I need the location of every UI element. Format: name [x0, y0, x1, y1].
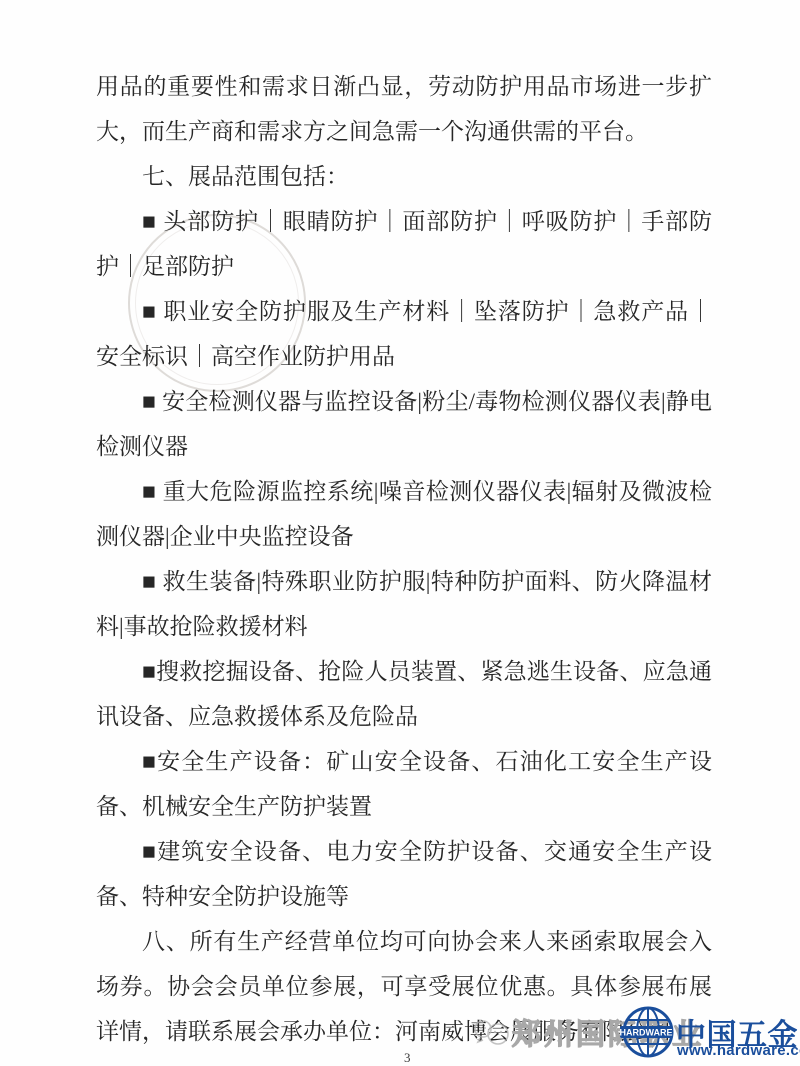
paragraph: ■ 头部防护｜眼睛防护｜面部防护｜呼吸防护｜手部防护｜足部防护	[96, 199, 712, 289]
paragraph: ■ 职业安全防护服及生产材料｜坠落防护｜急救产品｜安全标识｜高空作业防护用品	[96, 289, 712, 379]
globe-banner-label: HARDWARE	[620, 1028, 673, 1038]
globe-icon: HARDWARE	[620, 1004, 676, 1060]
paragraph: ■搜救挖掘设备、抢险人员装置、紧急逃生设备、应急通讯设备、应急救援体系及危险品	[96, 649, 712, 739]
document-text-block: 用品的重要性和需求日渐凸显，劳动防护用品市场进一步扩大，而生产商和需求方之间急需…	[96, 64, 712, 1054]
logo-site-url: www.hardware.com.cn	[677, 1042, 800, 1059]
page-number: 3	[404, 1050, 411, 1066]
paragraph: ■建筑安全设备、电力安全防护设备、交通安全生产设备、特种安全防护设施等	[96, 829, 712, 919]
paragraph: 用品的重要性和需求日渐凸显，劳动防护用品市场进一步扩大，而生产商和需求方之间急需…	[96, 64, 712, 154]
paragraph: 七、展品范围包括：	[96, 154, 712, 199]
paragraph: ■ 安全检测仪器与监控设备|粉尘/毒物检测仪器仪表|静电检测仪器	[96, 379, 712, 469]
hardware-site-logo: HARDWARE 中国五金网 www.hardware.com.cn	[620, 1002, 800, 1066]
paragraph: ■ 救生装备|特殊职业防护服|特种防护面料、防火降温材料|事故抢险救援材料	[96, 559, 712, 649]
wechat-doodle-icon	[472, 1016, 512, 1048]
paragraph: ■安全生产设备：矿山安全设备、石油化工安全生产设备、机械安全生产防护装置	[96, 739, 712, 829]
scanned-document-page: 用品的重要性和需求日渐凸显，劳动防护用品市场进一步扩大，而生产商和需求方之间急需…	[0, 0, 800, 1066]
paragraph: ■ 重大危险源监控系统|噪音检测仪器仪表|辐射及微波检测仪器|企业中央监控设备	[96, 469, 712, 559]
